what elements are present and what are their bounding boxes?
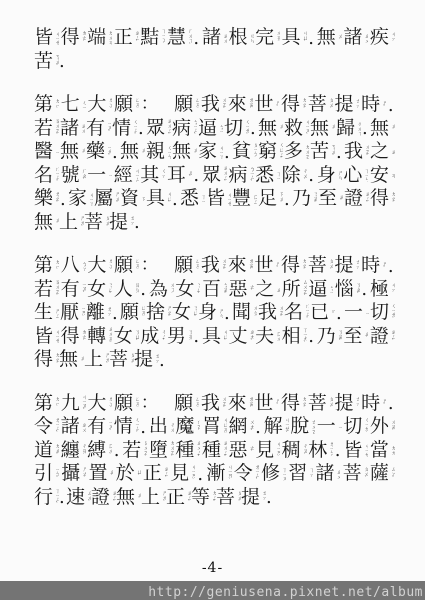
hanzi-glyph: 願 — [114, 95, 133, 114]
han-char: 見ㄐㄧㄢˋ — [255, 441, 280, 460]
zhuyin-annotation: ㄐㄩˋ — [301, 30, 306, 46]
han-char: 上ㄕㄤˋ — [141, 488, 166, 507]
han-char: 疾ㄐㄧˊ — [370, 28, 395, 47]
han-char: 皆ㄐㄧㄝ — [34, 327, 59, 346]
han-char: 得ㄉㄜˊ — [281, 256, 306, 275]
han-char: 屬ㄕㄨˇ — [94, 189, 119, 208]
zhuyin-annotation: ㄨˊ — [278, 123, 283, 134]
zhuyin-annotation: ㄔㄨˊ — [301, 168, 306, 184]
hanzi-glyph: 見 — [170, 464, 189, 483]
han-char: 上ㄕㄤˋ — [84, 350, 109, 369]
han-char: 眾ㄓㄨㄥˋ — [146, 118, 171, 139]
han-char: 時ㄕˊ — [361, 256, 386, 275]
hanzi-glyph: 無 — [172, 142, 191, 161]
hanzi-glyph: 菩 — [308, 256, 327, 275]
hanzi-glyph: 提 — [334, 394, 353, 413]
zhuyin-annotation: ㄅㄚ — [80, 261, 85, 271]
han-char: 墮ㄉㄨㄛˋ — [149, 440, 174, 461]
hanzi-glyph: 無 — [370, 119, 389, 138]
han-char: 菩ㄆㄨˊ — [216, 488, 241, 507]
hanzi-glyph: 窮 — [258, 142, 277, 161]
hanzi-glyph: 菩 — [109, 350, 128, 369]
hanzi-glyph: 乃 — [292, 189, 311, 208]
zhuyin-annotation: ㄧ — [54, 150, 59, 154]
punctuation-period: . — [138, 120, 145, 138]
han-char: 提ㄊㄧˊ — [334, 256, 359, 275]
zhuyin-annotation: ㄨㄛˇ — [220, 97, 225, 113]
punctuation-period: . — [224, 144, 231, 162]
han-char: 無ㄨˊ — [34, 213, 59, 232]
zhuyin-annotation: ㄐㄧㄡˇ — [80, 394, 85, 413]
han-char: 願ㄩㄢˋ — [114, 256, 139, 275]
text-line: 皆ㄐㄧㄝ得ㄉㄜˊ端ㄉㄨㄢ正ㄓㄥˋ黠ㄒㄧㄚˊ慧ㄏㄨㄟˋ.諸ㄓㄨ根ㄍㄣ完ㄨㄢˊ具ㄐㄩ… — [34, 26, 395, 50]
zhuyin-annotation: ㄐㄩˋ — [221, 329, 226, 345]
zhuyin-annotation: ㄐㄧㄝ — [54, 329, 59, 343]
punctuation-period: . — [388, 97, 395, 115]
zhuyin-annotation: ㄉㄜˊ — [301, 97, 306, 113]
hanzi-glyph: 心 — [343, 166, 362, 185]
han-char: 聞ㄨㄣˊ — [232, 303, 257, 322]
hanzi-glyph: 八 — [61, 256, 80, 275]
hanzi-glyph: 多 — [284, 142, 303, 161]
zhuyin-annotation: ㄔㄥˊ — [160, 329, 165, 345]
han-char: 我ㄨㄛˇ — [201, 95, 226, 114]
han-char: 逼ㄅㄧ — [198, 119, 223, 138]
hanzi-glyph: 願 — [174, 256, 193, 275]
han-char: 具ㄐㄩˋ — [282, 28, 307, 47]
zhuyin-annotation: ㄎㄨˇ — [330, 144, 335, 160]
hanzi-glyph: 習 — [288, 464, 307, 483]
han-char: 諸ㄓㄨ — [202, 28, 227, 47]
han-char: 九ㄐㄧㄡˇ — [61, 394, 86, 413]
punctuation-period: . — [362, 120, 369, 138]
han-char: 時ㄕˊ — [361, 95, 386, 114]
zhuyin-annotation: ㄌㄞˊ — [247, 396, 252, 412]
han-char: 大ㄉㄚˋ — [87, 256, 112, 275]
zhuyin-annotation: ㄒㄧ — [200, 194, 205, 203]
han-char: 除ㄔㄨˊ — [282, 166, 307, 185]
hanzi-glyph: 得 — [61, 28, 80, 47]
han-char: 女ㄋㄩˇ — [175, 280, 200, 299]
punctuation-period: . — [361, 281, 368, 299]
zhuyin-annotation: ㄧㄣˇ — [54, 467, 59, 481]
han-char: 罥ㄐㄩㄢˋ — [202, 417, 227, 438]
punctuation-period: . — [59, 489, 66, 507]
hanzi-glyph: 上 — [141, 488, 160, 507]
hanzi-glyph: 捨 — [146, 303, 165, 322]
han-char: 離ㄌㄧˊ — [86, 303, 111, 322]
han-char: 菩ㄆㄨˊ — [84, 213, 109, 232]
han-char: 提ㄊㄧˊ — [109, 213, 134, 232]
hanzi-glyph: 逼 — [308, 280, 327, 299]
zhuyin-annotation: ㄉㄜˊ — [301, 258, 306, 274]
hanzi-glyph: 得 — [34, 350, 53, 369]
zhuyin-annotation: ㄅㄧㄥˋ — [248, 166, 253, 185]
zhuyin-annotation: ㄖㄨㄛˋ — [142, 440, 147, 461]
zhuyin-annotation: ㄋㄢˊ — [186, 329, 191, 345]
document-page: 皆ㄐㄧㄝ得ㄉㄜˊ端ㄉㄨㄢ正ㄓㄥˋ黠ㄒㄧㄚˊ慧ㄏㄨㄟˋ.諸ㄓㄨ根ㄍㄣ完ㄨㄢˊ具ㄐㄩ… — [0, 0, 425, 600]
paragraph-vow-six-ending: 皆ㄐㄧㄝ得ㄉㄜˊ端ㄉㄨㄢ正ㄓㄥˋ黠ㄒㄧㄚˊ慧ㄏㄨㄟˋ.諸ㄓㄨ根ㄍㄣ完ㄨㄢˊ具ㄐㄩ… — [34, 26, 395, 73]
zhuyin-annotation: ㄕㄜˋ — [81, 466, 86, 482]
han-char: 證ㄓㄥˋ — [91, 488, 116, 507]
han-char: 轉ㄓㄨㄢˇ — [87, 326, 112, 347]
han-char: 林ㄌㄧㄣˊ — [308, 441, 333, 460]
hanzi-glyph: 救 — [284, 119, 303, 138]
zhuyin-annotation: ㄓㄨ — [221, 33, 226, 43]
punctuation-period: . — [284, 191, 291, 209]
hanzi-glyph: 苦 — [34, 52, 53, 71]
zhuyin-annotation: ㄕㄜˇ — [166, 305, 171, 321]
han-char: 為ㄨㄟˊ — [149, 280, 174, 299]
han-char: 惡ㄜˋ — [229, 441, 254, 460]
zhuyin-annotation: ㄓˋ — [363, 331, 368, 342]
hanzi-glyph: 相 — [282, 327, 301, 346]
han-char: 網ㄨㄤˇ — [229, 417, 254, 436]
zhuyin-annotation: ㄅㄧ — [218, 124, 223, 133]
zhuyin-annotation: ㄐㄧㄚ — [218, 145, 223, 159]
han-char: 丈ㄓㄤˋ — [229, 327, 254, 346]
han-char: 家ㄐㄧㄚ — [68, 189, 93, 208]
zhuyin-annotation: ㄉㄨㄛ — [304, 144, 309, 159]
hanzi-glyph: 為 — [149, 280, 168, 299]
han-char: 證ㄓㄥˋ — [344, 189, 369, 208]
han-char: 乃ㄋㄞˇ — [292, 189, 317, 208]
han-char: 來ㄌㄞˊ — [228, 394, 253, 413]
han-char: 眾ㄓㄨㄥˋ — [202, 165, 227, 186]
hanzi-glyph: 人 — [114, 280, 133, 299]
hanzi-glyph: 七 — [61, 95, 80, 114]
hanzi-glyph: 證 — [91, 488, 110, 507]
hanzi-glyph: 極 — [370, 280, 389, 299]
punctuation-period: . — [250, 120, 257, 138]
zhuyin-annotation: ㄌㄧˊ — [106, 306, 111, 320]
hanzi-glyph: 世 — [254, 256, 273, 275]
zhuyin-annotation: ㄖㄨㄛˋ — [54, 118, 59, 139]
han-char: 外ㄨㄞˋ — [370, 417, 395, 436]
hanzi-glyph: 疾 — [370, 28, 389, 47]
han-char: 女ㄋㄩˇ — [87, 280, 112, 299]
hanzi-glyph: 經 — [114, 166, 133, 185]
hanzi-glyph: 至 — [318, 189, 337, 208]
zhuyin-annotation: ㄧ — [364, 311, 369, 315]
zhuyin-annotation: ㄩㄢˋ — [134, 97, 139, 113]
hanzi-glyph: 藥 — [86, 142, 105, 161]
zhuyin-annotation: ㄨㄣˊ — [252, 305, 257, 321]
han-char: 提ㄊㄧˊ — [334, 95, 359, 114]
zhuyin-annotation: ㄐㄧˊ — [389, 282, 394, 296]
zhuyin-annotation: ㄕㄣ — [336, 170, 341, 180]
hanzi-glyph: 一 — [87, 166, 106, 185]
zhuyin-annotation: ㄑㄧㄥˊ — [132, 119, 137, 138]
zhuyin-annotation: ㄕˊ — [381, 261, 386, 272]
hanzi-glyph: 惡 — [229, 441, 248, 460]
hanzi-glyph: 有 — [87, 417, 106, 436]
han-char: 一ㄧ — [344, 303, 369, 322]
zhuyin-annotation: ㄕˋ — [274, 100, 279, 111]
han-char: 人ㄖㄣˊ — [114, 280, 139, 299]
zhuyin-annotation: ㄅㄧ — [328, 285, 333, 294]
punctuation-colon: ： — [141, 96, 155, 113]
han-char: 皆ㄐㄧㄝ — [34, 28, 59, 47]
han-char: 世ㄕˋ — [254, 394, 279, 413]
han-char: 若ㄖㄨㄛˋ — [122, 440, 147, 461]
zhuyin-annotation: ㄨˊ — [336, 33, 341, 44]
hanzi-glyph: 其 — [140, 166, 159, 185]
han-char: 惱ㄋㄠˇ — [335, 280, 360, 299]
hanzi-glyph: 種 — [175, 441, 194, 460]
hanzi-glyph: 女 — [87, 280, 106, 299]
hanzi-glyph: 身 — [317, 166, 336, 185]
han-char: 於ㄩˊ — [116, 464, 141, 483]
zhuyin-annotation: ㄒㄧㄚˊ — [160, 28, 165, 47]
zhuyin-annotation: ㄓㄨㄥˋ — [166, 118, 171, 139]
zhuyin-annotation: ㄒㄧㄣ — [363, 168, 368, 182]
hanzi-glyph: 於 — [116, 464, 135, 483]
hanzi-glyph: 無 — [59, 350, 78, 369]
hanzi-glyph: 耳 — [167, 166, 186, 185]
zhuyin-annotation: ㄕˋ — [274, 261, 279, 272]
han-char: 窮ㄑㄩㄥˊ — [258, 142, 283, 163]
hanzi-glyph: 攝 — [61, 464, 80, 483]
han-char: 得ㄉㄜˊ — [61, 28, 86, 47]
text-line: 無ㄨˊ上ㄕㄤˋ菩ㄆㄨˊ提ㄊㄧˊ. — [34, 211, 395, 235]
zhuyin-annotation: ㄉㄧˋ — [54, 98, 59, 112]
han-char: 諸ㄓㄨ — [60, 119, 85, 138]
han-char: 心ㄒㄧㄣ — [343, 166, 368, 185]
hanzi-glyph: 之 — [255, 280, 274, 299]
han-char: 無ㄨˊ — [116, 488, 141, 507]
zhuyin-annotation: ㄓㄨㄥˇ — [195, 440, 200, 461]
zhuyin-annotation: ㄕˊ — [381, 100, 386, 111]
zhuyin-annotation: ㄐㄧˊ — [389, 31, 394, 45]
hanzi-glyph: 菩 — [308, 394, 327, 413]
han-char: 女ㄋㄩˇ — [172, 303, 197, 322]
han-char: 解ㄐㄧㄝˇ — [264, 417, 289, 436]
hanzi-glyph: 諸 — [61, 417, 80, 436]
punctuation-period: . — [308, 167, 315, 185]
han-char: 無ㄨˊ — [60, 142, 85, 161]
han-char: 我ㄨㄛˇ — [201, 256, 226, 275]
hanzi-glyph: 完 — [255, 28, 274, 47]
punctuation-period: . — [308, 328, 315, 346]
han-char: 生ㄕㄥ — [34, 303, 59, 322]
hanzi-glyph: 證 — [344, 189, 363, 208]
han-char: 令ㄌㄧㄥˋ — [234, 464, 259, 483]
hanzi-glyph: 正 — [114, 28, 133, 47]
hanzi-glyph: 百 — [202, 280, 221, 299]
hanzi-glyph: 屬 — [94, 189, 113, 208]
zhuyin-annotation: ㄉㄜˊ — [80, 30, 85, 46]
punctuation-period: . — [112, 144, 119, 162]
han-char: 成ㄔㄥˊ — [140, 327, 165, 346]
punctuation-period: . — [140, 419, 147, 437]
hanzi-glyph: 女 — [175, 280, 194, 299]
han-char: 端ㄉㄨㄢ — [87, 28, 112, 47]
han-char: 諸ㄓㄨ — [343, 28, 368, 47]
han-char: 願ㄩㄢˋ — [114, 95, 139, 114]
zhuyin-annotation: ㄒㄧ — [275, 171, 280, 180]
zhuyin-annotation: ㄐㄧㄡˋ — [304, 119, 309, 138]
han-char: 厭ㄧㄢˋ — [60, 303, 85, 322]
han-char: 大ㄉㄚˋ — [87, 394, 112, 413]
hanzi-glyph: 九 — [61, 394, 80, 413]
han-char: 皆ㄐㄧㄝ — [343, 441, 368, 460]
punctuation-period: . — [59, 53, 66, 71]
zhuyin-annotation: ㄉㄧˋ — [54, 396, 59, 410]
text-line: 引ㄧㄣˇ攝ㄕㄜˋ置ㄓˋ於ㄩˊ正ㄓㄥˋ見ㄐㄧㄢˋ.漸ㄐㄧㄢˋ令ㄌㄧㄥˋ修ㄒㄧㄡ習ㄒ… — [34, 462, 395, 486]
zhuyin-annotation: ㄉㄜˊ — [301, 396, 306, 412]
hanzi-glyph: 切 — [224, 119, 243, 138]
zhuyin-annotation: ㄨㄟˊ — [168, 282, 173, 298]
punctuation-period: . — [60, 191, 67, 209]
hanzi-glyph: 令 — [234, 464, 253, 483]
zhuyin-annotation: ㄨㄛˇ — [278, 305, 283, 321]
sutra-text: 皆ㄐㄧㄝ得ㄉㄜˊ端ㄉㄨㄢ正ㄓㄥˋ黠ㄒㄧㄚˊ慧ㄏㄨㄟˋ.諸ㄓㄨ根ㄍㄣ完ㄨㄢˊ具ㄐㄩ… — [34, 26, 395, 509]
han-char: 若ㄖㄨㄛˋ — [34, 118, 59, 139]
han-char: 貧ㄆㄧㄣˊ — [232, 142, 257, 161]
han-char: 出ㄔㄨ — [149, 417, 174, 436]
han-char: 菩ㄆㄨˊ — [308, 256, 333, 275]
zhuyin-annotation: ㄋㄠˇ — [354, 282, 359, 298]
hanzi-glyph: 提 — [334, 256, 353, 275]
han-char: 資ㄗ — [120, 189, 145, 208]
zhuyin-annotation: ㄋㄩˇ — [107, 282, 112, 298]
zhuyin-annotation: ㄐㄧㄝˇ — [283, 417, 288, 436]
han-char: 得ㄉㄜˊ — [281, 394, 306, 413]
text-line: 名ㄇㄧㄥˊ號ㄏㄠˋ一ㄧ經ㄐㄧㄥ其ㄑㄧˊ耳ㄦˇ.眾ㄓㄨㄥˋ病ㄅㄧㄥˋ悉ㄒㄧ除ㄔㄨˊ… — [34, 164, 395, 188]
han-char: 有ㄧㄡˇ — [86, 119, 111, 138]
hanzi-glyph: 道 — [34, 441, 53, 460]
zhuyin-annotation: ㄓㄨㄥˇ — [221, 440, 226, 461]
hanzi-glyph: 纏 — [61, 441, 80, 460]
zhuyin-annotation: ㄓ — [390, 149, 395, 154]
zhuyin-annotation: ㄉㄨㄢ — [107, 30, 112, 45]
zhuyin-annotation: ㄊㄧˊ — [354, 396, 359, 410]
han-char: 樂ㄌㄜˋ — [34, 189, 59, 208]
zhuyin-annotation: ㄅㄞˇ — [221, 282, 226, 298]
hanzi-glyph: 切 — [343, 417, 362, 436]
han-char: 第ㄉㄧˋ — [34, 394, 59, 413]
han-char: 願ㄩㄢˋ — [174, 394, 199, 413]
punctuation-period: . — [193, 30, 200, 48]
hanzi-glyph: 號 — [61, 166, 80, 185]
hanzi-glyph: 端 — [87, 28, 106, 47]
zhuyin-annotation: ㄧㄢˋ — [80, 306, 85, 320]
hanzi-glyph: 有 — [86, 119, 105, 138]
zhuyin-annotation: ㄌㄞˊ — [247, 258, 252, 274]
zhuyin-annotation: ㄑㄧㄝˋ — [390, 303, 395, 322]
han-char: 情ㄑㄧㄥˊ — [114, 417, 139, 436]
zhuyin-annotation: ㄋㄞˇ — [312, 191, 317, 207]
hanzi-glyph: 病 — [172, 119, 191, 138]
han-char: 第ㄉㄧˋ — [34, 256, 59, 275]
hanzi-glyph: 脫 — [290, 417, 309, 436]
han-char: 我ㄨㄛˇ — [258, 303, 283, 322]
han-char: 來ㄌㄞˊ — [228, 95, 253, 114]
han-char: 完ㄨㄢˊ — [255, 28, 280, 47]
hanzi-glyph: 丈 — [229, 327, 248, 346]
hanzi-glyph: 情 — [112, 119, 131, 138]
hanzi-glyph: 我 — [258, 303, 277, 322]
zhuyin-annotation: ㄩㄢˋ — [194, 97, 199, 113]
hanzi-glyph: 無 — [310, 119, 329, 138]
punctuation-period: . — [134, 214, 141, 232]
han-char: 已ㄧˇ — [310, 303, 335, 322]
hanzi-glyph: 眾 — [202, 166, 221, 185]
zhuyin-annotation: ㄨˊ — [80, 147, 85, 158]
hanzi-glyph: 種 — [202, 441, 221, 460]
han-char: 上ㄕㄤˋ — [59, 213, 84, 232]
paragraph-ninth-great-vow: 第ㄉㄧˋ九ㄐㄧㄡˇ大ㄉㄚˋ願ㄩㄢˋ：願ㄩㄢˋ我ㄨㄛˇ來ㄌㄞˊ世ㄕˋ得ㄉㄜˊ菩ㄆㄨ… — [34, 392, 395, 510]
han-char: 其ㄑㄧˊ — [140, 166, 165, 185]
hanzi-glyph: 皆 — [206, 189, 225, 208]
han-char: 切ㄑㄧㄝˋ — [370, 303, 395, 322]
punctuation-period: . — [193, 167, 200, 185]
zhuyin-annotation: ㄙㄨㄛˇ — [301, 279, 306, 300]
zhuyin-annotation: ㄌㄜˋ — [54, 191, 59, 207]
zhuyin-annotation: ㄗㄨˊ — [278, 191, 283, 207]
han-char: 來ㄌㄞˊ — [228, 256, 253, 275]
zhuyin-annotation: ㄕˊ — [381, 398, 386, 409]
han-char: 一ㄧ — [87, 166, 112, 185]
han-char: 縛ㄈㄨˋ — [87, 441, 112, 460]
punctuation-period: . — [114, 442, 121, 460]
hanzi-glyph: 皆 — [34, 327, 53, 346]
zhuyin-annotation: ㄑㄧㄥˊ — [133, 417, 138, 436]
punctuation-period: . — [193, 328, 200, 346]
hanzi-glyph: 諸 — [315, 464, 334, 483]
han-char: 若ㄖㄨㄛˋ — [34, 279, 59, 300]
hanzi-glyph: 具 — [202, 327, 221, 346]
zhuyin-annotation: ㄩˊ — [135, 469, 140, 480]
zhuyin-annotation: ㄧˇ — [330, 308, 335, 317]
text-line: 行ㄒㄧㄥˋ.速ㄙㄨˋ證ㄓㄥˋ無ㄨˊ上ㄕㄤˋ正ㄓㄥˋ等ㄉㄥˇ菩ㄆㄨˊ提ㄊㄧˊ. — [34, 486, 395, 510]
han-char: 世ㄕˋ — [254, 95, 279, 114]
hanzi-glyph: 女 — [114, 327, 133, 346]
hanzi-glyph: 所 — [282, 280, 301, 299]
zhuyin-annotation: ㄆㄨˊ — [327, 258, 332, 274]
hanzi-glyph: 得 — [370, 189, 389, 208]
han-char: 令ㄌㄧㄥˋ — [34, 417, 59, 436]
zhuyin-annotation: ㄔㄨ — [168, 422, 173, 432]
hanzi-glyph: 第 — [34, 95, 53, 114]
punctuation-colon: ： — [141, 395, 155, 412]
hanzi-glyph: 得 — [281, 256, 300, 275]
zhuyin-annotation: ㄕˋ — [274, 398, 279, 409]
zhuyin-annotation: ㄧㄡˇ — [107, 420, 112, 434]
punctuation-period: . — [159, 352, 166, 370]
hanzi-glyph: 無 — [116, 488, 135, 507]
han-char: 苦ㄎㄨˇ — [310, 142, 335, 161]
hanzi-glyph: 資 — [120, 189, 139, 208]
hanzi-glyph: 墮 — [149, 441, 168, 460]
han-char: 耳ㄦˇ — [167, 166, 192, 185]
zhuyin-annotation: ㄐㄧㄥ — [133, 168, 138, 182]
han-char: 速ㄙㄨˋ — [66, 488, 91, 507]
zhuyin-annotation: ㄨˊ — [140, 147, 145, 158]
han-char: 得ㄉㄜˊ — [370, 189, 395, 208]
hanzi-glyph: 正 — [143, 464, 162, 483]
punctuation-period: . — [388, 395, 395, 413]
punctuation-period: . — [255, 419, 262, 437]
han-char: 無ㄨˊ — [59, 350, 84, 369]
hanzi-glyph: 家 — [198, 142, 217, 161]
hanzi-glyph: 第 — [34, 394, 53, 413]
han-char: 親ㄑㄧㄣ — [146, 142, 171, 161]
zhuyin-annotation: ㄋㄩˇ — [195, 282, 200, 298]
han-char: 菩ㄆㄨˊ — [308, 95, 333, 114]
han-char: 苦ㄎㄨˇ — [34, 52, 59, 71]
